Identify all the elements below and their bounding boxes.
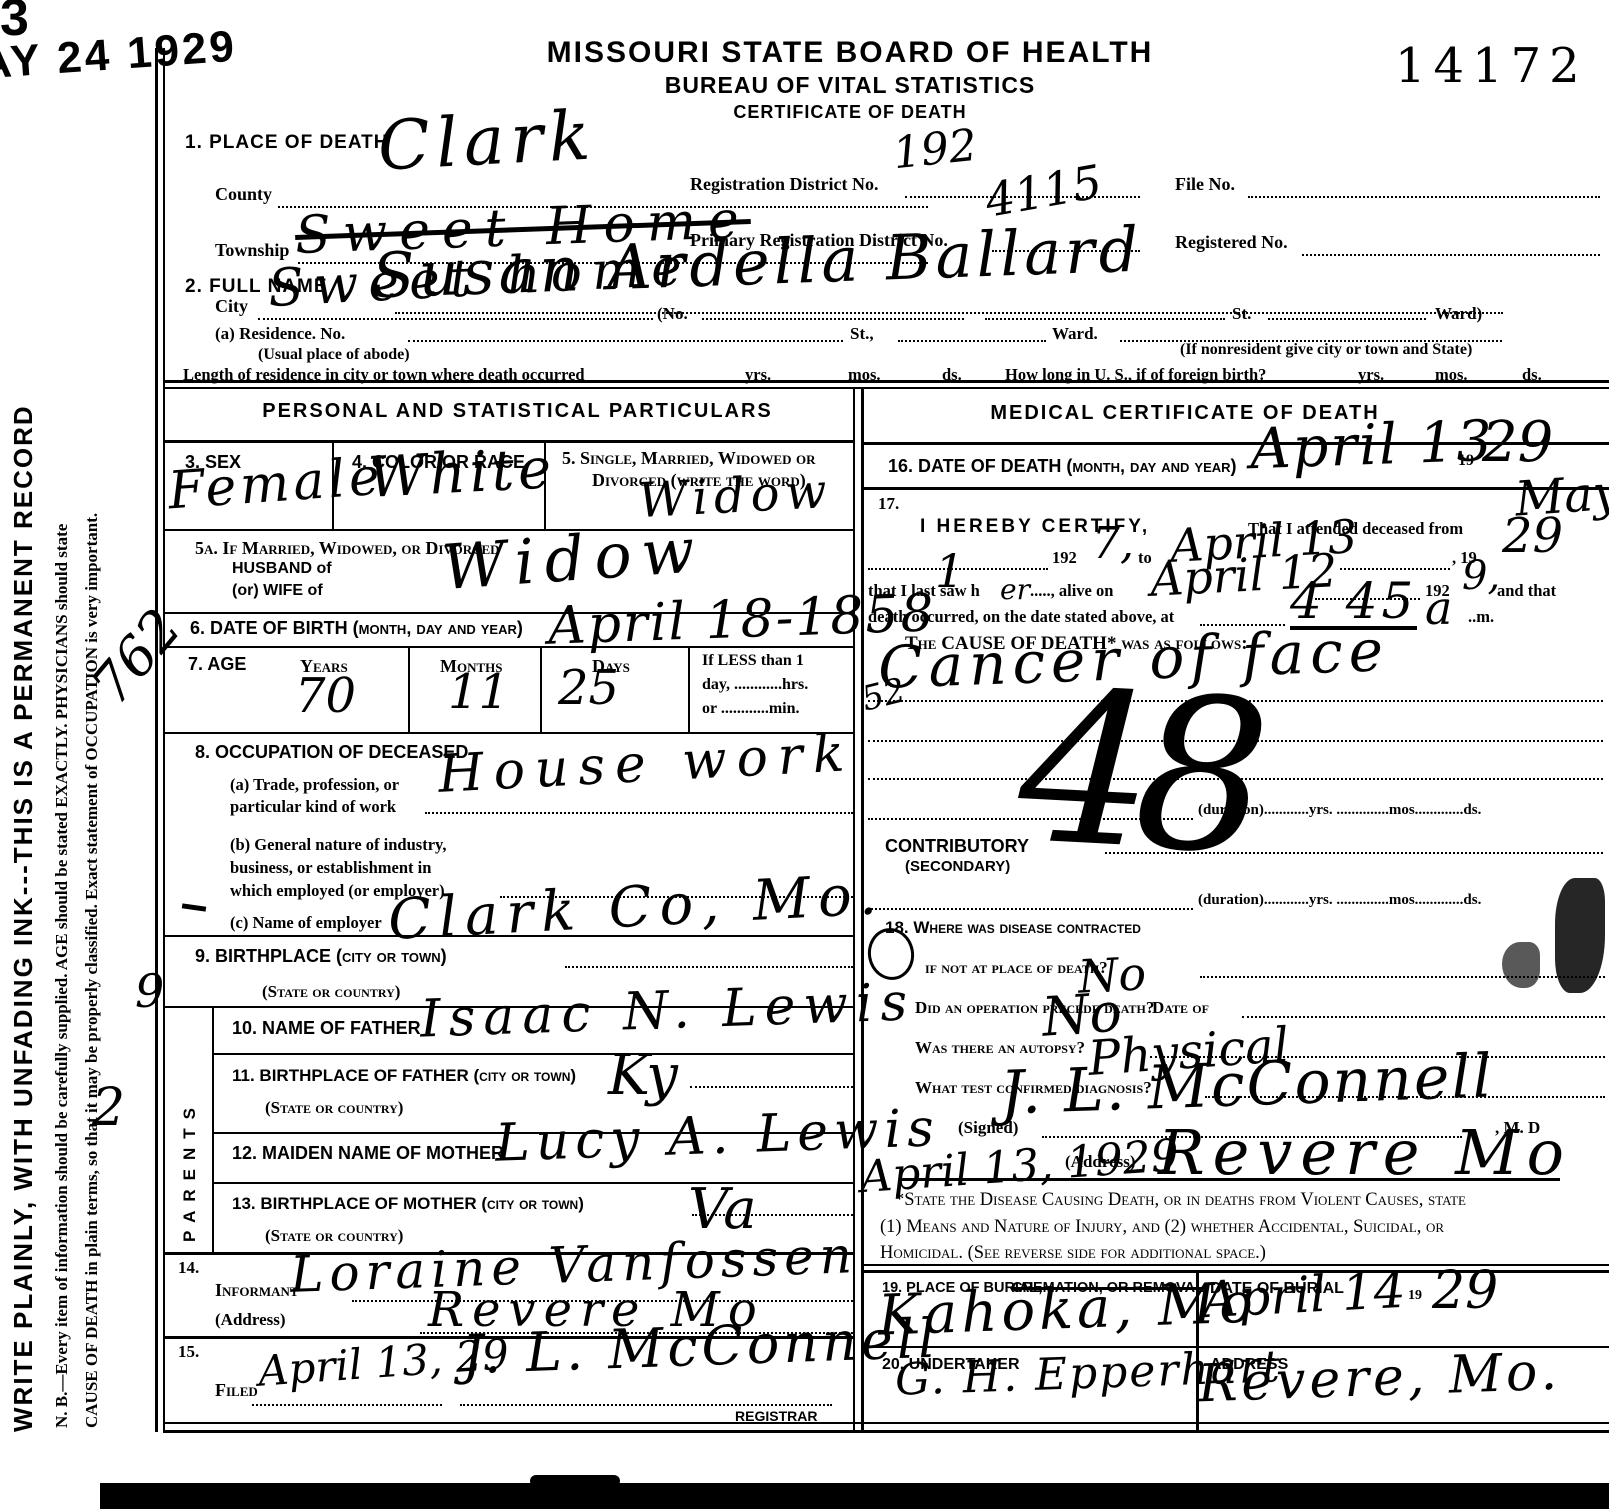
- dotted-line: [395, 312, 1503, 314]
- contributory-label: CONTRIBUTORY: [885, 836, 1029, 857]
- from-year-prefix: 192: [1052, 548, 1077, 568]
- attended-from-day: 1: [935, 548, 964, 594]
- attended-to-year: 29: [1502, 512, 1563, 560]
- dotted-line: [425, 812, 853, 814]
- physician-address-value: Revere Mo: [1158, 1122, 1572, 1184]
- rule-line: [163, 387, 1609, 389]
- age-days-value: 25: [558, 664, 619, 712]
- mother-birthplace-label: 13. BIRTHPLACE OF MOTHER (city or town): [232, 1194, 584, 1214]
- age-label: 7. AGE: [188, 654, 246, 675]
- full-name-label: 2. FULL NAME: [185, 276, 328, 298]
- nonresident-label: (If nonresident give city or town and St…: [1180, 341, 1472, 359]
- personal-section-header: PERSONAL AND STATISTICAL PARTICULARS: [235, 400, 800, 423]
- footnote-line2: (1) Means and Nature of Injury, and (2) …: [880, 1217, 1444, 1238]
- alive-on-label: ....., alive on: [1030, 581, 1113, 601]
- age-months-value: 11: [448, 668, 509, 716]
- cell-divider: [332, 443, 334, 529]
- husband-wife-value: Widow: [440, 519, 706, 599]
- ink-smudge: [1502, 942, 1540, 988]
- age-years-value: 70: [295, 672, 356, 720]
- date-of-death-label: 16. DATE OF DEATH (month, day and year): [888, 456, 1237, 477]
- cause-code-48: 48: [1015, 662, 1257, 884]
- ink-smudge: [1555, 878, 1605, 993]
- form-title: MISSOURI STATE BOARD OF HEALTH: [470, 36, 1230, 70]
- occupation-c-label: (c) Name of employer: [230, 913, 382, 933]
- abode-label: (Usual place of abode): [258, 346, 410, 364]
- rule-line: [212, 1053, 853, 1055]
- dotted-line: [252, 1404, 442, 1406]
- father-birthplace-label: 11. BIRTHPLACE OF FATHER (city or town): [232, 1066, 576, 1086]
- bottom-border-outer: [163, 1422, 1609, 1424]
- race-value: White: [367, 441, 557, 507]
- left-border-inner: [163, 48, 165, 1432]
- cell-divider: [688, 648, 690, 732]
- last-saw-year: 9,: [1462, 556, 1500, 596]
- date-of-birth-label: 6. DATE OF BIRTH (month, day and year): [190, 618, 523, 639]
- rule-line: [864, 487, 1609, 490]
- occupation-a-line1: (a) Trade, profession, or: [230, 775, 399, 795]
- occupation-a-line2: particular kind of work: [230, 797, 396, 817]
- dotted-line: [985, 318, 1225, 320]
- margin-nb-line1: N. B.—Every item of information should b…: [52, 524, 72, 1428]
- place-of-death-label: 1. PLACE OF DEATH: [185, 132, 389, 154]
- father-name-value: Isaac N. Lewis: [419, 976, 916, 1045]
- dotted-line: [1248, 196, 1600, 198]
- dotted-line: [868, 908, 1193, 910]
- field-15-number: 15.: [178, 1342, 199, 1362]
- county-label: County: [215, 184, 272, 205]
- occupation-label: 8. OCCUPATION OF DECEASED: [195, 742, 468, 763]
- death-certificate-scan: WRITE PLAINLY, WITH UNFADING INK---THIS …: [0, 0, 1609, 1509]
- file-no-label: File No.: [1175, 174, 1235, 195]
- no-label: (No.: [657, 304, 688, 324]
- undertaker-address-value: Revere, Mo.: [1197, 1346, 1562, 1411]
- ward-label: Ward): [1435, 304, 1482, 324]
- residence-label: (a) Residence. No.: [215, 324, 345, 344]
- pencil-mark-2: 2: [92, 1082, 125, 1134]
- date-of-burial-value: April 14: [1201, 1265, 1407, 1326]
- filed-label: Filed: [215, 1380, 258, 1401]
- wife-of-label: (or) WIFE of: [232, 582, 323, 600]
- residence-st-label: St.,: [850, 324, 874, 344]
- m-label: ..m.: [1468, 607, 1494, 627]
- registration-district-value: 192: [891, 124, 979, 177]
- occupation-b-line1: (b) General nature of industry,: [230, 835, 447, 855]
- parents-vertical-label: PARENTS: [180, 1099, 200, 1242]
- county-value-handwritten: Clark: [376, 102, 597, 181]
- date-of-label: Date of: [1152, 998, 1209, 1018]
- dotted-line: [1200, 976, 1605, 978]
- cell-divider: [408, 648, 410, 732]
- husband-of-label: HUSBAND of: [232, 560, 332, 578]
- date-of-death-value: April 13: [1249, 414, 1495, 478]
- dotted-line: [1242, 1016, 1605, 1018]
- bottom-border-inner: [163, 1430, 1609, 1433]
- footnote-line3: Homicidal. (See reverse side for additio…: [880, 1243, 1266, 1264]
- occupation-value: House work: [437, 727, 855, 801]
- date-of-death-year: 29: [1482, 415, 1553, 471]
- dotted-line: [460, 1404, 832, 1406]
- dotted-line: [1340, 568, 1450, 570]
- cell-divider: [540, 648, 542, 732]
- burial-19-label: 19: [1408, 1288, 1422, 1304]
- dotted-line: [1302, 254, 1600, 256]
- father-name-label: 10. NAME OF FATHER: [232, 1018, 421, 1039]
- less-than-1-line3: or ............min.: [702, 700, 799, 718]
- certificate-number: 14172: [1395, 38, 1588, 94]
- attended-from-year: 7,: [1092, 522, 1134, 566]
- scan-black-band: [100, 1483, 1609, 1509]
- parents-divider: [212, 1008, 214, 1254]
- margin-warning-text: WRITE PLAINLY, WITH UNFADING INK---THIS …: [8, 404, 39, 1432]
- and-that-label: and that: [1497, 581, 1556, 601]
- scan-black-bump: [530, 1475, 620, 1487]
- pencil-dash: [182, 903, 206, 911]
- informant-label: Informant: [215, 1280, 299, 1301]
- dotted-line: [898, 340, 1046, 342]
- occupation-b-line2: business, or establishment in: [230, 858, 431, 878]
- father-birthplace-state-label: (State or country): [265, 1098, 403, 1118]
- mother-name-label: 12. MAIDEN NAME OF MOTHER: [232, 1143, 504, 1164]
- dotted-line: [702, 318, 964, 320]
- physician-signature: J. L. McConnell: [999, 1046, 1495, 1123]
- dotted-line: [408, 340, 843, 342]
- field-17-number: 17.: [878, 494, 899, 514]
- registered-no-label: Registered No.: [1175, 232, 1288, 253]
- residence-ward-label: Ward.: [1052, 324, 1098, 344]
- secondary-label: (SECONDARY): [905, 858, 1010, 875]
- pencil-mark-9: 9: [135, 968, 164, 1014]
- burial-year-value: 29: [1432, 1265, 1498, 1317]
- where-contracted-label: 18. Where was disease contracted: [885, 918, 1141, 938]
- received-date-stamp: MAY 24 1929: [0, 22, 239, 93]
- dotted-line: [565, 966, 853, 968]
- left-border-outer: [155, 48, 158, 1432]
- registrar-signature: J. L. McConnell: [461, 1312, 940, 1383]
- cell-divider: [544, 443, 546, 529]
- rule-line: [212, 1182, 853, 1184]
- birthplace-state-label: (State or country): [262, 982, 400, 1002]
- rule-line: [163, 380, 1609, 383]
- city-label: City: [215, 296, 248, 317]
- field-14-number: 14.: [178, 1258, 199, 1278]
- less-than-1-line1: If LESS than 1: [702, 652, 804, 670]
- st-label: St.: [1232, 304, 1251, 324]
- form-bureau: BUREAU OF VITAL STATISTICS: [470, 72, 1230, 99]
- dotted-line: [690, 1086, 853, 1088]
- last-saw-pronoun: er: [1000, 576, 1030, 604]
- informant-address-label: (Address): [215, 1310, 286, 1330]
- dotted-line: [258, 318, 653, 320]
- dotted-line: [1268, 318, 1426, 320]
- father-birthplace-value: Ky: [608, 1048, 678, 1104]
- less-than-1-line2: day, ............hrs.: [702, 676, 808, 694]
- am-pm-handwritten: a: [1425, 585, 1452, 631]
